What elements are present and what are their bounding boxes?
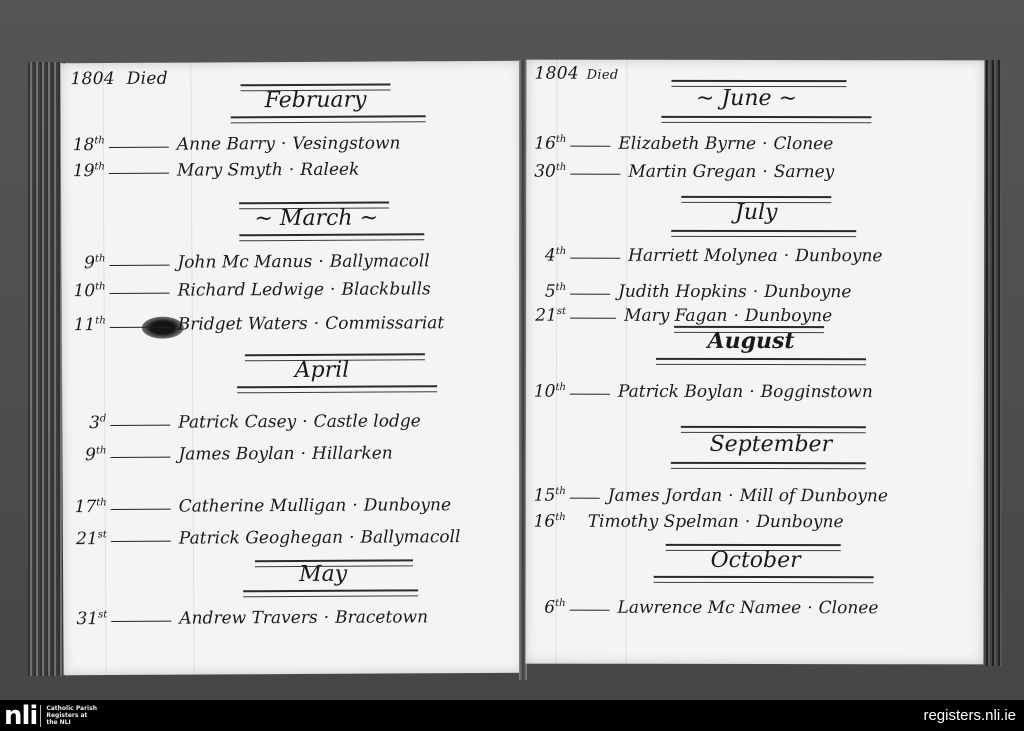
entry-dash — [109, 147, 169, 148]
register-entry: 21st Patrick Geoghegan·Ballymacoll — [73, 521, 461, 549]
month-rule — [656, 358, 866, 365]
entry-text: Elizabeth Byrne·Clonee — [618, 134, 833, 154]
month-rule — [671, 230, 856, 237]
book-edge-right — [984, 60, 1002, 666]
entry-dash — [111, 509, 171, 510]
entry-text: Harriett Molynea·Dunboyne — [628, 246, 882, 266]
entry-dash — [570, 258, 620, 259]
month-rule — [237, 385, 437, 393]
entry-day: 4th — [532, 246, 566, 266]
month-heading-september: September — [676, 432, 866, 457]
register-entry: 9th James Boylan·Hillarken — [72, 437, 392, 465]
logo-divider — [40, 705, 41, 727]
entry-dash — [570, 294, 610, 295]
register-entry: 11th Bridget Waters·Commissariat — [72, 307, 445, 335]
entry-dash — [570, 174, 620, 175]
entry-text: Lawrence Mc Namee·Clonee — [618, 598, 879, 618]
entry-dash — [109, 173, 169, 174]
entry-day: 19th — [71, 161, 105, 181]
register-entry: 5th Judith Hopkins·Dunboyne — [532, 276, 851, 303]
site-url-link[interactable]: registers.nli.ie — [923, 707, 1016, 724]
entry-text: Anne Barry·Vesingstown — [177, 133, 401, 154]
register-entry: 31st Andrew Travers·Bracetown — [73, 601, 428, 629]
month-heading-may: May — [243, 561, 403, 587]
entry-text: Timothy Spelman·Dunboyne — [588, 512, 844, 532]
entry-dash — [570, 394, 610, 395]
month-heading-march: ~ March ~ — [221, 205, 411, 231]
entry-text: Patrick Boylan·Bogginstown — [618, 382, 873, 402]
entry-day: 15th — [532, 486, 566, 506]
entry-day: 16th — [532, 512, 566, 532]
register-entry: 16th Timothy Spelman·Dunboyne — [532, 506, 844, 533]
register-entry: 21st Mary Fagan·Dunboyne — [532, 300, 832, 327]
entry-dash — [570, 498, 600, 499]
entry-day: 3d — [72, 413, 106, 433]
entry-text: Bridget Waters·Commissariat — [178, 313, 445, 334]
entry-text: Catherine Mulligan·Dunboyne — [179, 495, 451, 516]
month-rule — [231, 115, 426, 123]
entry-dash — [111, 621, 171, 622]
register-entry: 3d Patrick Casey·Castle lodge — [72, 405, 421, 433]
register-entry: 18th Anne Barry·Vesingstown — [71, 127, 401, 155]
entry-day: 9th — [71, 253, 105, 273]
right-page: 1804 Died ~ June ~ 16th Elizabeth Byrne·… — [525, 60, 984, 665]
logo-text: Catholic Parish Registers at the NLI — [46, 705, 97, 726]
month-rule — [239, 233, 424, 241]
entry-dash — [109, 265, 169, 266]
month-rule — [671, 462, 866, 469]
nli-logo[interactable]: nli Catholic Parish Registers at the NLI — [4, 703, 97, 729]
entry-day: 11th — [72, 315, 106, 335]
register-entry: 6th Lawrence Mc Namee·Clonee — [532, 592, 879, 619]
entry-day: 9th — [72, 445, 106, 465]
entry-dash — [110, 327, 170, 328]
entry-day: 6th — [532, 598, 566, 618]
entry-text: Martin Gregan·Sarney — [628, 162, 834, 182]
register-entry: 16th Elizabeth Byrne·Clonee — [532, 128, 833, 155]
month-heading-july: July — [676, 200, 836, 225]
month-heading-april: April — [242, 357, 402, 383]
month-rule — [243, 589, 418, 597]
month-rule — [661, 116, 871, 123]
header-year: 1804 — [70, 69, 115, 89]
entry-day: 30th — [532, 162, 566, 182]
register-entry: 10th Richard Ledwige·Blackbulls — [72, 273, 431, 301]
entry-dash — [570, 318, 616, 319]
footer-bar: nli Catholic Parish Registers at the NLI… — [0, 700, 1024, 731]
header-label: Died — [587, 68, 619, 83]
register-entry: 19th Mary Smyth·Raleek — [71, 154, 360, 182]
entry-text: Andrew Travers·Bracetown — [179, 607, 428, 628]
entry-dash — [111, 541, 171, 542]
entry-day: 21st — [532, 306, 566, 326]
entry-day: 21st — [73, 529, 107, 549]
register-entry: 17th Catherine Mulligan·Dunboyne — [73, 489, 451, 517]
entry-text: Mary Fagan·Dunboyne — [624, 306, 832, 326]
header-year: 1804 — [534, 64, 579, 84]
entry-dash — [570, 146, 610, 147]
entry-day: 10th — [72, 281, 106, 301]
entry-dash — [570, 610, 610, 611]
entry-day: 18th — [71, 135, 105, 155]
entry-text: Mary Smyth·Raleek — [177, 160, 360, 181]
entry-text: Patrick Casey·Castle lodge — [178, 411, 421, 432]
entry-day: 17th — [73, 497, 107, 517]
nli-logo-mark: nli — [4, 703, 37, 729]
entry-dash — [110, 425, 170, 426]
register-entry: 15th James Jordan·Mill of Dunboyne — [532, 480, 888, 507]
register-entry: 10th Patrick Boylan·Bogginstown — [532, 376, 873, 403]
register-entry: 30th Martin Gregan·Sarney — [532, 156, 834, 183]
entry-day: 16th — [532, 134, 566, 154]
entry-text: James Boylan·Hillarken — [178, 443, 392, 464]
entry-dash — [110, 457, 170, 458]
register-entry: 4th Harriett Molynea·Dunboyne — [532, 240, 882, 267]
month-heading-february: February — [231, 87, 401, 113]
entry-text: Patrick Geoghegan·Ballymacoll — [179, 527, 461, 548]
month-heading-october: October — [676, 548, 836, 573]
entry-text: James Jordan·Mill of Dunboyne — [608, 486, 888, 506]
entry-dash — [110, 293, 170, 294]
header-label: Died — [127, 69, 168, 89]
month-heading-august: August — [666, 328, 836, 354]
left-page: 1804 Died February 18th Anne Barry·Vesin… — [60, 61, 523, 675]
page-header: 1804 Died — [534, 64, 618, 84]
entry-day: 31st — [73, 609, 107, 629]
month-rule — [654, 576, 874, 583]
entry-text: Richard Ledwige·Blackbulls — [178, 279, 431, 300]
page-header: 1804 Died — [70, 69, 168, 90]
month-heading-june: ~ June ~ — [646, 86, 846, 111]
register-entry: 9th John Mc Manus·Ballymacoll — [71, 245, 429, 273]
entry-text: John Mc Manus·Ballymacoll — [177, 251, 429, 272]
entry-day: 10th — [532, 382, 566, 402]
